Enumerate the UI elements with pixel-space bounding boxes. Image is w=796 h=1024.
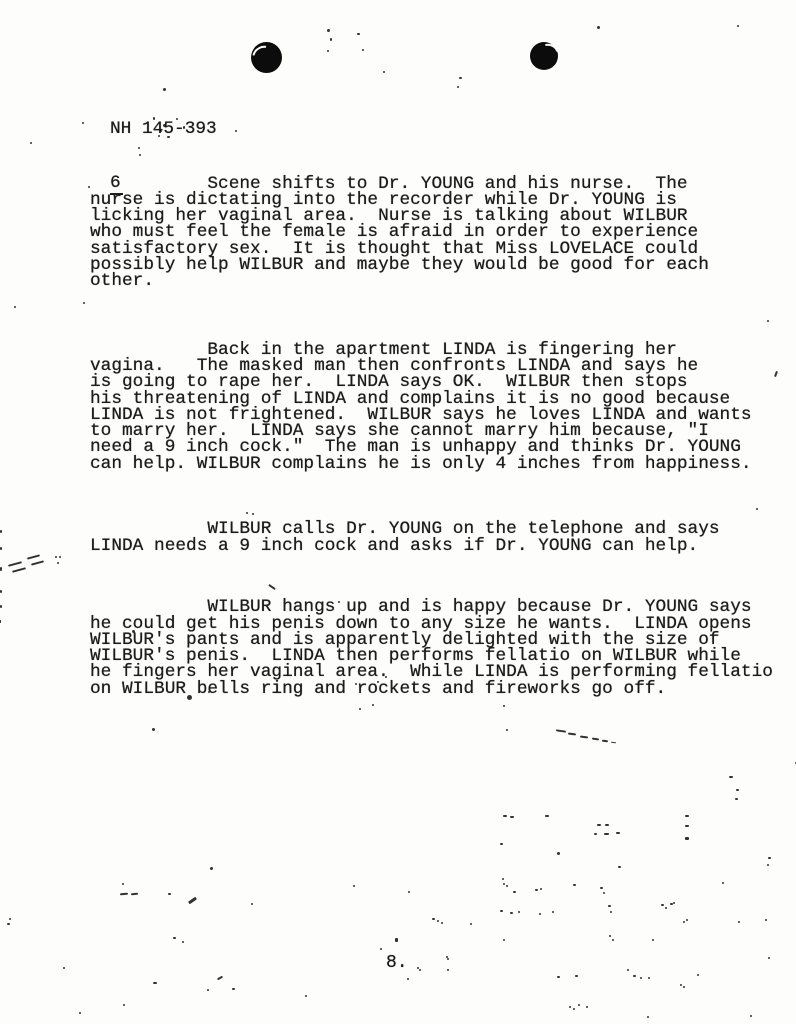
speck xyxy=(59,556,61,558)
speck xyxy=(573,1008,575,1010)
speck xyxy=(683,986,685,988)
speck xyxy=(88,186,90,188)
speck xyxy=(31,560,44,565)
speck xyxy=(437,920,439,922)
speck xyxy=(246,512,248,514)
speck xyxy=(500,910,503,912)
speck xyxy=(188,897,197,905)
speck xyxy=(539,913,541,915)
speck xyxy=(768,957,770,959)
speck xyxy=(459,77,462,79)
speck xyxy=(167,136,170,138)
speck xyxy=(535,889,538,891)
speck xyxy=(648,977,650,979)
speck xyxy=(383,71,385,73)
speck xyxy=(252,513,254,515)
speck xyxy=(208,691,210,693)
speck xyxy=(470,923,472,925)
speck xyxy=(327,29,330,32)
speck xyxy=(353,885,355,887)
speck xyxy=(187,695,192,700)
speck xyxy=(27,554,40,559)
speck xyxy=(609,935,611,937)
speck xyxy=(545,815,549,817)
speck xyxy=(592,738,599,741)
speck xyxy=(0,590,2,593)
speck xyxy=(540,888,542,890)
speck xyxy=(152,728,155,731)
speck xyxy=(665,907,667,909)
document-body: Scene shifts to Dr. YOUNG and his nurse.… xyxy=(90,143,773,729)
speck xyxy=(447,969,449,971)
speck xyxy=(380,948,382,950)
speck xyxy=(305,995,307,997)
speck xyxy=(697,974,699,976)
speck xyxy=(122,883,124,885)
speck xyxy=(556,729,566,732)
speck xyxy=(232,988,235,990)
speck xyxy=(604,833,609,835)
speck xyxy=(768,857,771,859)
speck xyxy=(557,976,560,978)
speck xyxy=(8,561,22,567)
speck xyxy=(506,729,508,731)
speck xyxy=(738,921,740,923)
document-page: NH 145-393 6 Scene shifts to Dr. YOUNG a… xyxy=(0,0,796,1024)
speck xyxy=(578,1004,580,1006)
speck xyxy=(447,958,449,960)
speck xyxy=(0,567,2,571)
speck xyxy=(686,919,688,921)
speck xyxy=(605,824,609,826)
speck xyxy=(756,508,758,510)
speck xyxy=(685,825,689,827)
speck xyxy=(765,919,767,921)
speck xyxy=(503,883,505,885)
speck xyxy=(685,815,689,817)
speck xyxy=(132,630,135,633)
speck xyxy=(330,38,332,41)
speck xyxy=(207,989,209,991)
speck xyxy=(735,798,738,800)
speck xyxy=(173,937,176,939)
hole-punch-left-icon xyxy=(251,42,282,73)
speck xyxy=(506,885,508,887)
speck xyxy=(7,923,10,925)
speck xyxy=(510,816,514,818)
speck xyxy=(362,49,364,51)
speck xyxy=(586,1006,588,1008)
speck xyxy=(160,130,162,132)
speck xyxy=(327,50,329,52)
speck xyxy=(518,911,520,913)
speck xyxy=(395,938,398,942)
speck xyxy=(139,154,141,156)
speck xyxy=(640,977,642,979)
speck xyxy=(153,982,157,984)
paragraph-wilbur-hangs-up: WILBUR hangs up and is happy because Dr.… xyxy=(90,599,773,697)
speck xyxy=(183,126,185,129)
speck xyxy=(608,905,611,907)
speck xyxy=(573,884,576,886)
speck xyxy=(14,306,16,308)
speck xyxy=(457,86,459,88)
speck xyxy=(767,320,769,322)
speck xyxy=(182,941,184,943)
speck xyxy=(503,939,505,941)
speck xyxy=(503,705,505,707)
speck xyxy=(513,891,516,893)
speck xyxy=(580,735,588,738)
speck xyxy=(30,142,32,144)
speck xyxy=(575,975,578,977)
speck xyxy=(419,969,421,971)
speck xyxy=(63,967,65,969)
speck xyxy=(138,147,140,149)
speck xyxy=(158,135,160,137)
speck xyxy=(210,867,213,870)
speck xyxy=(597,824,601,826)
speck xyxy=(767,864,769,866)
speck xyxy=(612,939,614,941)
speck xyxy=(57,562,59,564)
speck xyxy=(552,911,554,913)
speck xyxy=(407,978,409,980)
speck xyxy=(163,124,166,127)
speck xyxy=(618,866,621,868)
page-number: 8. xyxy=(386,954,408,972)
speck xyxy=(602,740,608,743)
speck xyxy=(647,1016,649,1018)
speck xyxy=(683,921,685,923)
speck xyxy=(737,25,739,27)
speck xyxy=(600,887,603,889)
speck xyxy=(153,117,155,120)
speck xyxy=(750,1015,752,1017)
speck xyxy=(729,776,733,778)
speck xyxy=(217,976,223,981)
speck xyxy=(176,118,178,120)
speck xyxy=(123,1004,125,1006)
speck xyxy=(251,903,253,905)
speck xyxy=(83,302,85,304)
speck xyxy=(0,620,1,623)
hole-punch-right-icon xyxy=(530,42,558,70)
speck xyxy=(0,605,2,608)
speck xyxy=(82,122,84,124)
paragraph-back-in-apartment: Back in the apartment LINDA is fingering… xyxy=(90,342,773,472)
speck xyxy=(603,892,605,894)
speck xyxy=(633,975,636,977)
speck xyxy=(610,911,612,913)
speck xyxy=(120,893,128,896)
speck xyxy=(0,530,2,533)
speck xyxy=(680,984,682,986)
speck xyxy=(736,789,739,791)
speck xyxy=(55,556,57,558)
speck xyxy=(163,88,166,91)
speck xyxy=(597,26,600,29)
speck xyxy=(0,547,2,550)
speck xyxy=(385,676,387,678)
speck xyxy=(377,681,379,683)
paragraph-wilbur-calls: WILBUR calls Dr. YOUNG on the telephone … xyxy=(90,521,773,554)
speck xyxy=(12,567,26,573)
paragraph-scene-shifts: Scene shifts to Dr. YOUNG and his nurse.… xyxy=(90,176,773,290)
speck xyxy=(685,837,689,840)
speck xyxy=(569,1006,571,1008)
speck xyxy=(652,939,654,941)
speck xyxy=(594,833,597,835)
speck xyxy=(616,832,620,834)
speck xyxy=(338,601,340,603)
speck xyxy=(568,732,576,735)
speck xyxy=(661,904,664,906)
speck xyxy=(359,708,361,710)
speck xyxy=(408,891,410,893)
speck xyxy=(131,893,138,896)
speck xyxy=(372,704,374,706)
speck xyxy=(79,1012,81,1014)
speck xyxy=(557,852,560,855)
speck xyxy=(774,371,778,377)
speck xyxy=(432,918,435,920)
speck xyxy=(168,893,171,895)
speck xyxy=(500,843,503,845)
speck xyxy=(510,912,513,914)
speck xyxy=(413,687,415,689)
speck xyxy=(627,969,629,971)
speck xyxy=(9,918,11,920)
speck xyxy=(441,922,443,924)
speck xyxy=(357,33,360,35)
speck xyxy=(503,815,507,817)
speck xyxy=(673,902,675,904)
speck xyxy=(502,878,504,880)
speck xyxy=(611,742,616,744)
speck xyxy=(235,130,237,132)
speck xyxy=(355,683,357,685)
speck xyxy=(722,882,724,884)
